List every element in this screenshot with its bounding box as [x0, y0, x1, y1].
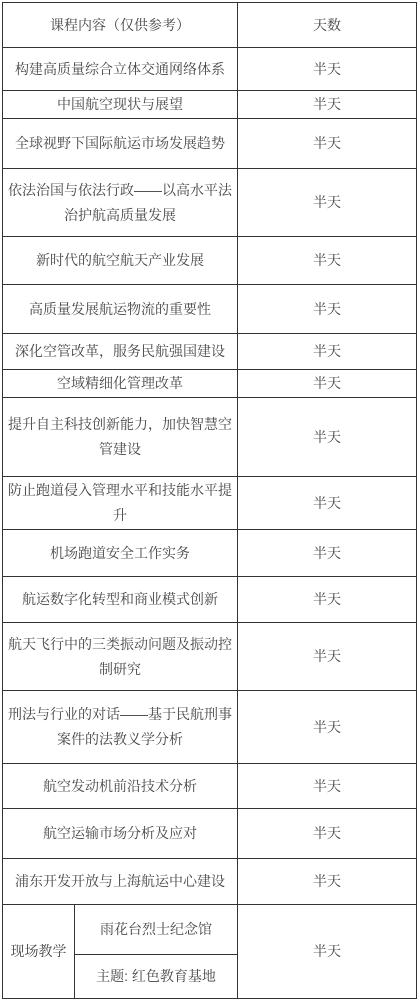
days-cell: 半天 [238, 119, 417, 169]
course-title-cell: 构建高质量综合立体交通网络体系 [3, 48, 238, 91]
days-cell: 半天 [238, 370, 417, 398]
site-teaching-location-cell: 雨花台烈士纪念馆 [75, 905, 238, 955]
course-row: 浦东开发开放与上海航运中心建设 半天 [3, 859, 417, 905]
days-cell: 半天 [238, 285, 417, 334]
course-row: 构建高质量综合立体交通网络体系 半天 [3, 48, 417, 91]
days-cell: 半天 [238, 237, 417, 285]
course-row: 航天飞行中的三类振动问题及振动控制研究 半天 [3, 623, 417, 691]
days-cell: 半天 [238, 530, 417, 577]
course-row: 刑法与行业的对话——基于民航刑事案件的法教义学分析 半天 [3, 691, 417, 764]
course-title-cell: 深化空管改革，服务民航强国建设 [3, 334, 238, 370]
course-row: 空域精细化管理改革 半天 [3, 370, 417, 398]
days-cell: 半天 [238, 809, 417, 859]
course-title-cell: 防止跑道侵入管理水平和技能水平提升 [3, 477, 238, 530]
course-row: 机场跑道安全工作实务 半天 [3, 530, 417, 577]
course-row: 高质量发展航运物流的重要性 半天 [3, 285, 417, 334]
course-row: 防止跑道侵入管理水平和技能水平提升 半天 [3, 477, 417, 530]
course-title-cell: 航空发动机前沿技术分析 [3, 764, 238, 809]
site-teaching-theme-cell: 主题: 红色教育基地 [75, 955, 238, 999]
course-title-cell: 全球视野下国际航运市场发展趋势 [3, 119, 238, 169]
days-cell: 半天 [238, 48, 417, 91]
course-title-cell: 航天飞行中的三类振动问题及振动控制研究 [3, 623, 238, 691]
days-cell: 半天 [238, 577, 417, 623]
course-title-cell: 新时代的航空航天产业发展 [3, 237, 238, 285]
days-cell: 半天 [238, 334, 417, 370]
course-title-cell: 高质量发展航运物流的重要性 [3, 285, 238, 334]
course-title-cell: 航运数字化转型和商业模式创新 [3, 577, 238, 623]
course-row: 新时代的航空航天产业发展 半天 [3, 237, 417, 285]
days-cell: 半天 [238, 691, 417, 764]
course-row: 深化空管改革，服务民航强国建设 半天 [3, 334, 417, 370]
days-cell: 半天 [238, 623, 417, 691]
days-cell: 半天 [238, 905, 417, 999]
course-title-cell: 浦东开发开放与上海航运中心建设 [3, 859, 238, 905]
table-header-row: 课程内容（仅供参考） 天数 [3, 3, 417, 48]
site-teaching-row: 现场教学 雨花台烈士纪念馆 半天 [3, 905, 417, 955]
course-title-cell: 刑法与行业的对话——基于民航刑事案件的法教义学分析 [3, 691, 238, 764]
days-cell: 半天 [238, 859, 417, 905]
course-title-cell: 中国航空现状与展望 [3, 91, 238, 119]
course-title-cell: 空域精细化管理改革 [3, 370, 238, 398]
course-schedule-table: 课程内容（仅供参考） 天数 构建高质量综合立体交通网络体系 半天 中国航空现状与… [2, 2, 417, 999]
course-title-cell: 依法治国与依法行政——以高水平法治护航高质量发展 [3, 169, 238, 237]
days-cell: 半天 [238, 169, 417, 237]
days-cell: 半天 [238, 91, 417, 119]
days-cell: 半天 [238, 477, 417, 530]
course-row: 中国航空现状与展望 半天 [3, 91, 417, 119]
course-title-cell: 航空运输市场分析及应对 [3, 809, 238, 859]
course-row: 航空运输市场分析及应对 半天 [3, 809, 417, 859]
course-row: 全球视野下国际航运市场发展趋势 半天 [3, 119, 417, 169]
course-row: 航运数字化转型和商业模式创新 半天 [3, 577, 417, 623]
course-row: 依法治国与依法行政——以高水平法治护航高质量发展 半天 [3, 169, 417, 237]
course-title-cell: 机场跑道安全工作实务 [3, 530, 238, 577]
days-cell: 半天 [238, 764, 417, 809]
course-title-cell: 提升自主科技创新能力，加快智慧空管建设 [3, 398, 238, 477]
days-cell: 半天 [238, 398, 417, 477]
header-course-content: 课程内容（仅供参考） [3, 3, 238, 48]
site-teaching-label-cell: 现场教学 [3, 905, 75, 999]
course-row: 航空发动机前沿技术分析 半天 [3, 764, 417, 809]
course-row: 提升自主科技创新能力，加快智慧空管建设 半天 [3, 398, 417, 477]
header-days: 天数 [238, 3, 417, 48]
